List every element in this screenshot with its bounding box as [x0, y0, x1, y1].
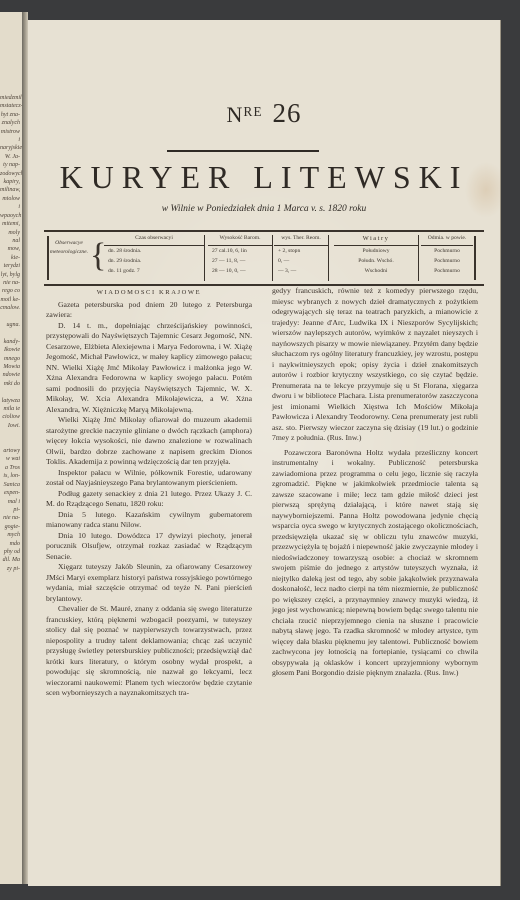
newspaper-page: Nᴿᴱ26 KURYER LITEWSKI w Wilnie w Poniedz…	[28, 20, 500, 886]
previous-page-text: miedzmil mstatecz- hyt zna- znalych mist…	[0, 94, 20, 573]
weather-col-time: Czas obserwacyi dn. 28 środnia. dn. 29 ś…	[104, 235, 205, 281]
paragraph: gedyy francuskich, równie też z komedyy …	[272, 286, 478, 444]
table-bracket	[474, 236, 476, 280]
issue-number: Nᴿᴱ26	[28, 98, 500, 129]
weather-cell: 27 cal.10, 6, lin	[208, 246, 272, 256]
weather-col-header: Wiatry	[334, 235, 418, 246]
weather-cell: Południowy	[334, 246, 418, 256]
left-column: WIADOMOSCI KRAJOWE Gazeta petersburska p…	[46, 288, 252, 699]
weather-cell: — 3, —	[274, 266, 328, 276]
paragraph: Dnia 10 lutego. Dowódzca 17 dywizyi piec…	[46, 531, 252, 563]
paragraph: Chevalier de St. Mauré, znany z oddania …	[46, 604, 252, 699]
weather-col-winds: Wiatry Południowy Połudn. Wschó. Wschodn…	[334, 235, 419, 281]
weather-col-header: wys. Ther. Reom.	[274, 235, 328, 246]
weather-col-barometer: Wysokość Barom. 27 cal.10, 6, lin 27 — 1…	[208, 235, 273, 281]
issue-number-value: 26	[273, 98, 302, 128]
weather-cell: Pochmurno	[421, 266, 473, 276]
weather-cell: 27 — 11, 8, —	[208, 256, 272, 266]
issue-prefix: Nᴿᴱ	[226, 102, 262, 127]
masthead: KURYER LITEWSKI	[28, 159, 500, 196]
weather-col-header: Wysokość Barom.	[208, 235, 272, 246]
weather-cell: dn. 29 środnia.	[104, 256, 204, 266]
weather-table: Obserwacye meteorologiczne. { Czas obser…	[44, 230, 484, 286]
weather-cell: Pochmurno	[421, 246, 473, 256]
weather-cell: 28 — 10, 0, —	[208, 266, 272, 276]
paragraph: Xięgarz tuteyszy Jakób Sleunin, za ofiar…	[46, 562, 252, 604]
weather-table-label: Obserwacye meteorologiczne.	[47, 236, 89, 280]
weather-col-header: Odmia. w powie.	[421, 235, 473, 246]
weather-col-header: Czas obserwacyi	[104, 235, 204, 246]
weather-cell: 0, —	[274, 256, 328, 266]
weather-cell: Pochmurno	[421, 256, 473, 266]
weather-cell: dn. 28 środnia.	[104, 246, 204, 256]
paragraph: Podług gazety senackiey z dnia 21 lutego…	[46, 489, 252, 510]
weather-cell: Wschodni	[334, 266, 418, 276]
previous-page-fragment: miedzmil mstatecz- hyt zna- znalych mist…	[0, 12, 23, 884]
paragraph: Dnia 5 lutego. Kazańskim cywilnym gubern…	[46, 510, 252, 531]
title-rule	[167, 150, 319, 152]
paragraph: Inspektor pałacu w Wilnie, półkownik For…	[46, 468, 252, 489]
paragraph: Gazeta petersburska pod dniem 20 lutego …	[46, 300, 252, 321]
weather-col-thermometer: wys. Ther. Reom. + 2, stopn 0, — — 3, —	[274, 235, 329, 281]
paragraph: D. 14 t. m., dopełniając chrześcijańskie…	[46, 321, 252, 416]
weather-col-conditions: Odmia. w powie. Pochmurno Pochmurno Poch…	[421, 235, 473, 281]
paragraph: Wielki Xiążę Jmć Mikołay ofiarował do mu…	[46, 415, 252, 468]
dateline: w Wilnie w Poniedziałek dnia 1 Marca v. …	[28, 204, 500, 214]
weather-cell: + 2, stopn	[274, 246, 328, 256]
right-column: gedyy francuskich, równie też z komedyy …	[272, 286, 478, 679]
weather-cell: Połudn. Wschó.	[334, 256, 418, 266]
paragraph: Pozawczora Baronówna Holtz wydała prześl…	[272, 448, 478, 679]
weather-cell: dn. 11 godz. 7	[104, 266, 204, 276]
section-title: WIADOMOSCI KRAJOWE	[46, 288, 252, 299]
